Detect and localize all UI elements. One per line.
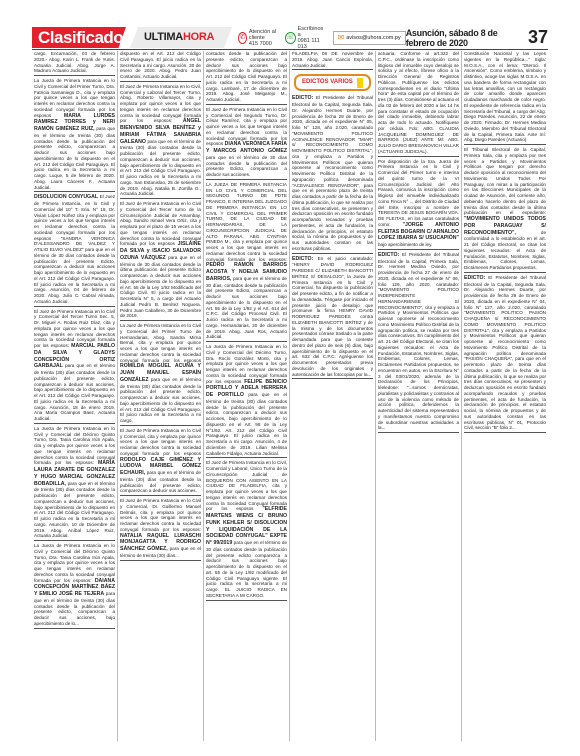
ad-text: LA JUEZA DE PRIMERA INSTANCIA EN LO CIVI… bbox=[206, 182, 287, 262]
ad-text: El Juez de Primera Instancia en lo Civil… bbox=[120, 201, 201, 246]
ad-text-tail: El Juez de Primera Instancia, en lo Civi… bbox=[34, 194, 115, 304]
classified-ad: EDICTO: En el juicio caratulado: "HENRY … bbox=[292, 256, 373, 380]
classified-columns: cargo. Encarnación, 03 de febrero 2020.-… bbox=[32, 51, 548, 741]
email-contact: ✉ avisos@uhora.com.py bbox=[333, 31, 406, 45]
column-4: FILADELFIA 08 DE noviembre de 2019. Abog… bbox=[290, 51, 376, 741]
email-address: avisos@uhora.com.py bbox=[346, 35, 401, 41]
ad-text: La Juez de Primera Instancia en lo Civil… bbox=[120, 323, 201, 363]
ad-names: EDICTO: bbox=[292, 95, 313, 101]
ad-text: dispuesto en el Art. 212 del Código Civi… bbox=[120, 51, 201, 79]
page-number: 37 bbox=[528, 27, 548, 48]
section-banner: EDICTOS VARIOS bbox=[294, 74, 371, 91]
classified-ad: EDICTO: El Presidente del Tribunal Elect… bbox=[464, 275, 546, 433]
ad-text-tail: para que en el término de 30 días contad… bbox=[206, 540, 287, 598]
ad-text-tail: para que en el término de treinta (30) d… bbox=[34, 363, 115, 421]
ad-text: El Juez de Primera Instancia en lo Civil… bbox=[120, 428, 201, 456]
classified-ad: La Jueza de Primera Instancia en lo Civi… bbox=[34, 426, 115, 541]
classified-ad: El Tribunal Electoral de la Capital, Pri… bbox=[464, 147, 546, 273]
ad-text-tail: bajo apercibimiento de ley. bbox=[378, 242, 432, 247]
classified-ad: cargo. Encarnación, 03 de febrero 2020.-… bbox=[34, 51, 115, 76]
classified-ad: LA JUEZA DE PRIMERA INSTANCIA EN LO CIVI… bbox=[206, 182, 287, 342]
classified-ad: Constitución Nacional y las Leyes vigent… bbox=[464, 51, 546, 145]
classified-ad: La Juez de Primera Instancia en lo Civil… bbox=[120, 323, 201, 426]
ad-text: El Juez de Primera Instancia en lo Civil… bbox=[120, 498, 201, 532]
banner-icon bbox=[357, 78, 363, 88]
phone-label: Atención al cliente bbox=[249, 29, 279, 41]
ad-text-tail: de conformidad a lo establecido en el ar… bbox=[464, 230, 546, 271]
envelope-icon: ✉ bbox=[338, 33, 345, 42]
ad-text-tail: El Presidente del Tribunal Electoral de … bbox=[378, 252, 459, 431]
classified-ad: Por disposición de la Sra. Jueza de Prim… bbox=[378, 159, 459, 250]
classified-ad: El Juez de Primera Instancia en lo Civil… bbox=[120, 428, 201, 496]
phone-icon: ✆ bbox=[238, 32, 247, 44]
whatsapp-label: Escríbinos a bbox=[298, 26, 325, 38]
column-3: contados desde la publicación del presen… bbox=[204, 51, 290, 741]
newspaper-logo: ULTIMAHORA bbox=[130, 27, 232, 48]
classified-ad: La Jueza de Primera Instancia en lo Civi… bbox=[34, 543, 115, 629]
ad-text: actuaria. Conforme al art.322 del C.P.C.… bbox=[378, 51, 459, 154]
column-5: actuaria. Conforme al art.322 del C.P.C.… bbox=[376, 51, 462, 741]
ad-text: El Juez de Primera Instancia en lo Civil… bbox=[206, 460, 287, 511]
ad-text-tail: para que en el término de treinta (30) d… bbox=[120, 139, 201, 197]
ad-text: Por disposición de la Sra. Jueza de Prim… bbox=[378, 159, 459, 227]
ad-names: DISOLUCION CONYUGAL bbox=[34, 194, 98, 200]
classified-ad: DISOLUCION CONYUGAL El Juez de Primera I… bbox=[34, 194, 115, 306]
classified-ad: contados desde la publicación del presen… bbox=[206, 51, 287, 105]
ad-text-tail: El Presidente del Tribunal Electoral de … bbox=[464, 275, 546, 431]
ad-text-tail: para que en el término de treinta (30) d… bbox=[206, 392, 287, 456]
classified-ad: El Juez de Primera Instancia en lo Civil… bbox=[120, 498, 201, 561]
classified-ad: EDICTO: El Presidente del Tribunal Elect… bbox=[378, 252, 459, 433]
ad-names: EDICTO: bbox=[464, 275, 485, 281]
page-bottom-margin bbox=[0, 741, 580, 756]
ad-text-tail: para que en el término de 30 días contad… bbox=[120, 255, 201, 319]
classified-ad: El Juez de Primera Instancia en lo Civil… bbox=[206, 460, 287, 600]
ad-text-tail: para que en el término de 30 días, conta… bbox=[206, 276, 287, 340]
whatsapp-contact: ☏ Escríbinos a0981 111 013 bbox=[285, 26, 325, 50]
ad-text: El Tribunal Electoral de la Capital, Pri… bbox=[464, 147, 546, 215]
section-title: Clasificados bbox=[32, 27, 126, 48]
ad-text-tail: En el juicio caratulado: "HENRY DAVID RO… bbox=[292, 256, 373, 377]
phone-number: 415 7000 bbox=[249, 41, 279, 47]
ad-text-tail: para que en el término de treinta (30) d… bbox=[34, 126, 115, 190]
ad-names: EDICTO: bbox=[378, 252, 399, 258]
logo-ultima: ULTIMA bbox=[144, 31, 183, 43]
classified-ad: El Juez de Primera Instancia en lo Civil… bbox=[120, 201, 201, 321]
ad-text: FILADELFIA 08 DE noviembre de 2019. Abog… bbox=[292, 51, 373, 68]
dateline: Asunción, sábado 8 de febrero de 2020 bbox=[406, 28, 514, 48]
ad-text-tail: El Presidente del Tribunal Electoral de … bbox=[292, 95, 373, 251]
classified-ad: dispuesto en el Art. 212 del Código Civi… bbox=[120, 51, 201, 82]
classified-ad: El Juez de Primera Instancia en lo Civil… bbox=[206, 107, 287, 180]
ad-text: Constitución Nacional y las Leyes vigent… bbox=[464, 51, 546, 142]
classified-ad: FILADELFIA 08 DE noviembre de 2019. Abog… bbox=[292, 51, 373, 70]
banner-title: EDICTOS VARIOS bbox=[302, 80, 353, 86]
whatsapp-number: 0981 111 013 bbox=[298, 38, 325, 50]
column-1: cargo. Encarnación, 03 de febrero 2020.-… bbox=[32, 51, 118, 741]
classified-ad: El Juez de Primera Instancia en lo Civil… bbox=[34, 309, 115, 424]
classified-ad: EDICTO: El Presidente del Tribunal Elect… bbox=[292, 95, 373, 253]
page-top-margin bbox=[0, 0, 580, 28]
ad-text-tail: para que en el término de treinta (30) d… bbox=[34, 481, 115, 539]
classified-ad: actuaria. Conforme al art.322 del C.P.C.… bbox=[378, 51, 459, 157]
header-rule bbox=[32, 49, 548, 50]
phone-contact: ✆ Atención al cliente415 7000 bbox=[238, 29, 279, 47]
ad-text-tail: para que en el término de 30 días contad… bbox=[206, 155, 287, 177]
page-header: Clasificados ULTIMAHORA ✆ Atención al cl… bbox=[32, 27, 548, 48]
classified-ad: El Juez de Primera Instancia en lo Civil… bbox=[120, 84, 201, 199]
column-2: dispuesto en el Art. 212 del Código Civi… bbox=[118, 51, 204, 741]
classified-ad: La Jueza de Primera Instancia en lo Civi… bbox=[34, 78, 115, 192]
ad-text: cargo. Encarnación, 03 de febrero 2020.-… bbox=[34, 51, 115, 73]
classified-ad: La Jueza de Primera Instancia en lo Civi… bbox=[206, 344, 287, 458]
column-6: Constitución Nacional y las Leyes vigent… bbox=[462, 51, 548, 741]
ad-names: EDICTO: bbox=[292, 256, 313, 262]
logo-hora: HORA bbox=[183, 31, 214, 43]
ad-text: contados desde la publicación del presen… bbox=[206, 51, 287, 102]
whatsapp-icon: ☏ bbox=[285, 32, 296, 44]
ad-text-tail: para que en el término de treinta (30) d… bbox=[120, 377, 201, 423]
